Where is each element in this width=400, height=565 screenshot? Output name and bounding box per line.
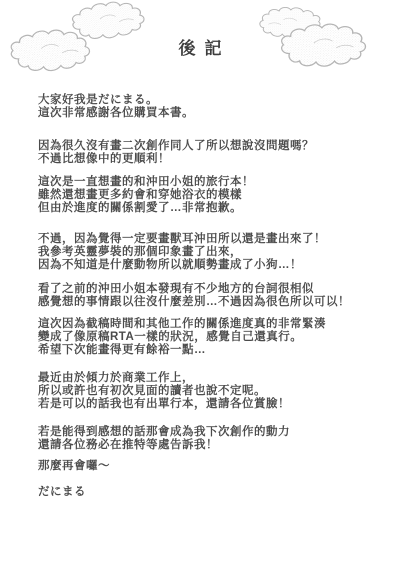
text-line: 若是可以的話我也有出單行本，還請各位賞臉！ — [38, 398, 290, 411]
text-line: 這次是一直想畫的和沖田小姐的旅行本！ — [38, 176, 254, 189]
text-line: 最近由於傾力於商業工作上， — [38, 372, 290, 385]
text-line: 但由於進度的關係割愛了…非常抱歉。 — [38, 202, 254, 215]
page-title: 後記 — [0, 34, 400, 59]
text-line: 若是能得到感想的話那會成為我下次創作的動力 — [38, 426, 290, 439]
text-line: 大家好我是だにまる。 — [38, 94, 194, 107]
text-line: 看了之前的沖田小姐本發現有不少地方的台詞很相似 — [38, 283, 350, 296]
text-line: 因為很久沒有畫二次創作同人了所以想說沒問題嗎？ — [38, 140, 314, 153]
text-line: 希望下次能畫得更有餘裕一點… — [38, 344, 326, 357]
paragraph: 最近由於傾力於商業工作上， 所以或許也有初次見面的讀者也說不定呢。 若是可以的話… — [38, 372, 290, 411]
signature: だにまる — [38, 486, 86, 499]
closing-line: 那麼再會囉～ — [38, 460, 110, 473]
paragraph: 看了之前的沖田小姐本發現有不少地方的台詞很相似 感覺想的事情跟以往沒什麼差別…不… — [38, 283, 350, 309]
text-line: 變成了像原稿RTA一樣的狀況，感覺自己還真行。 — [38, 331, 326, 344]
text-line: 我參考英靈夢裝的那個印象畫了出來， — [38, 246, 326, 259]
paragraph: 大家好我是だにまる。 這次非常感謝各位購買本書。 — [38, 94, 194, 120]
paragraph: 因為很久沒有畫二次創作同人了所以想說沒問題嗎？ 不過比想像中的更順利！ — [38, 140, 314, 166]
text-line: 還請各位務必在推特等處告訴我！ — [38, 439, 290, 452]
text-line: 雖然還想畫更多約會和穿她浴衣的模樣 — [38, 189, 254, 202]
paragraph: 這次因為截稿時間和其他工作的關係進度真的非常緊湊 變成了像原稿RTA一樣的狀況，… — [38, 318, 326, 357]
text-line: 感覺想的事情跟以往沒什麼差別…不過因為很色所以可以！ — [38, 296, 350, 309]
afterword-page: 後記 大家好我是だにまる。 這次非常感謝各位購買本書。 因為很久沒有畫二次創作同… — [0, 0, 400, 565]
text-line: 因為不知道是什麼動物所以就順勢畫成了小狗…！ — [38, 259, 326, 272]
text-line: 不過，因為覺得一定要畫獸耳沖田所以還是畫出來了！ — [38, 233, 326, 246]
paragraph: 這次是一直想畫的和沖田小姐的旅行本！ 雖然還想畫更多約會和穿她浴衣的模樣 但由於… — [38, 176, 254, 215]
text-line: 這次因為截稿時間和其他工作的關係進度真的非常緊湊 — [38, 318, 326, 331]
paragraph: 不過，因為覺得一定要畫獸耳沖田所以還是畫出來了！ 我參考英靈夢裝的那個印象畫了出… — [38, 233, 326, 272]
text-line: 這次非常感謝各位購買本書。 — [38, 107, 194, 120]
paragraph: 若是能得到感想的話那會成為我下次創作的動力 還請各位務必在推特等處告訴我！ — [38, 426, 290, 452]
text-line: 不過比想像中的更順利！ — [38, 153, 314, 166]
text-line: 所以或許也有初次見面的讀者也說不定呢。 — [38, 385, 290, 398]
